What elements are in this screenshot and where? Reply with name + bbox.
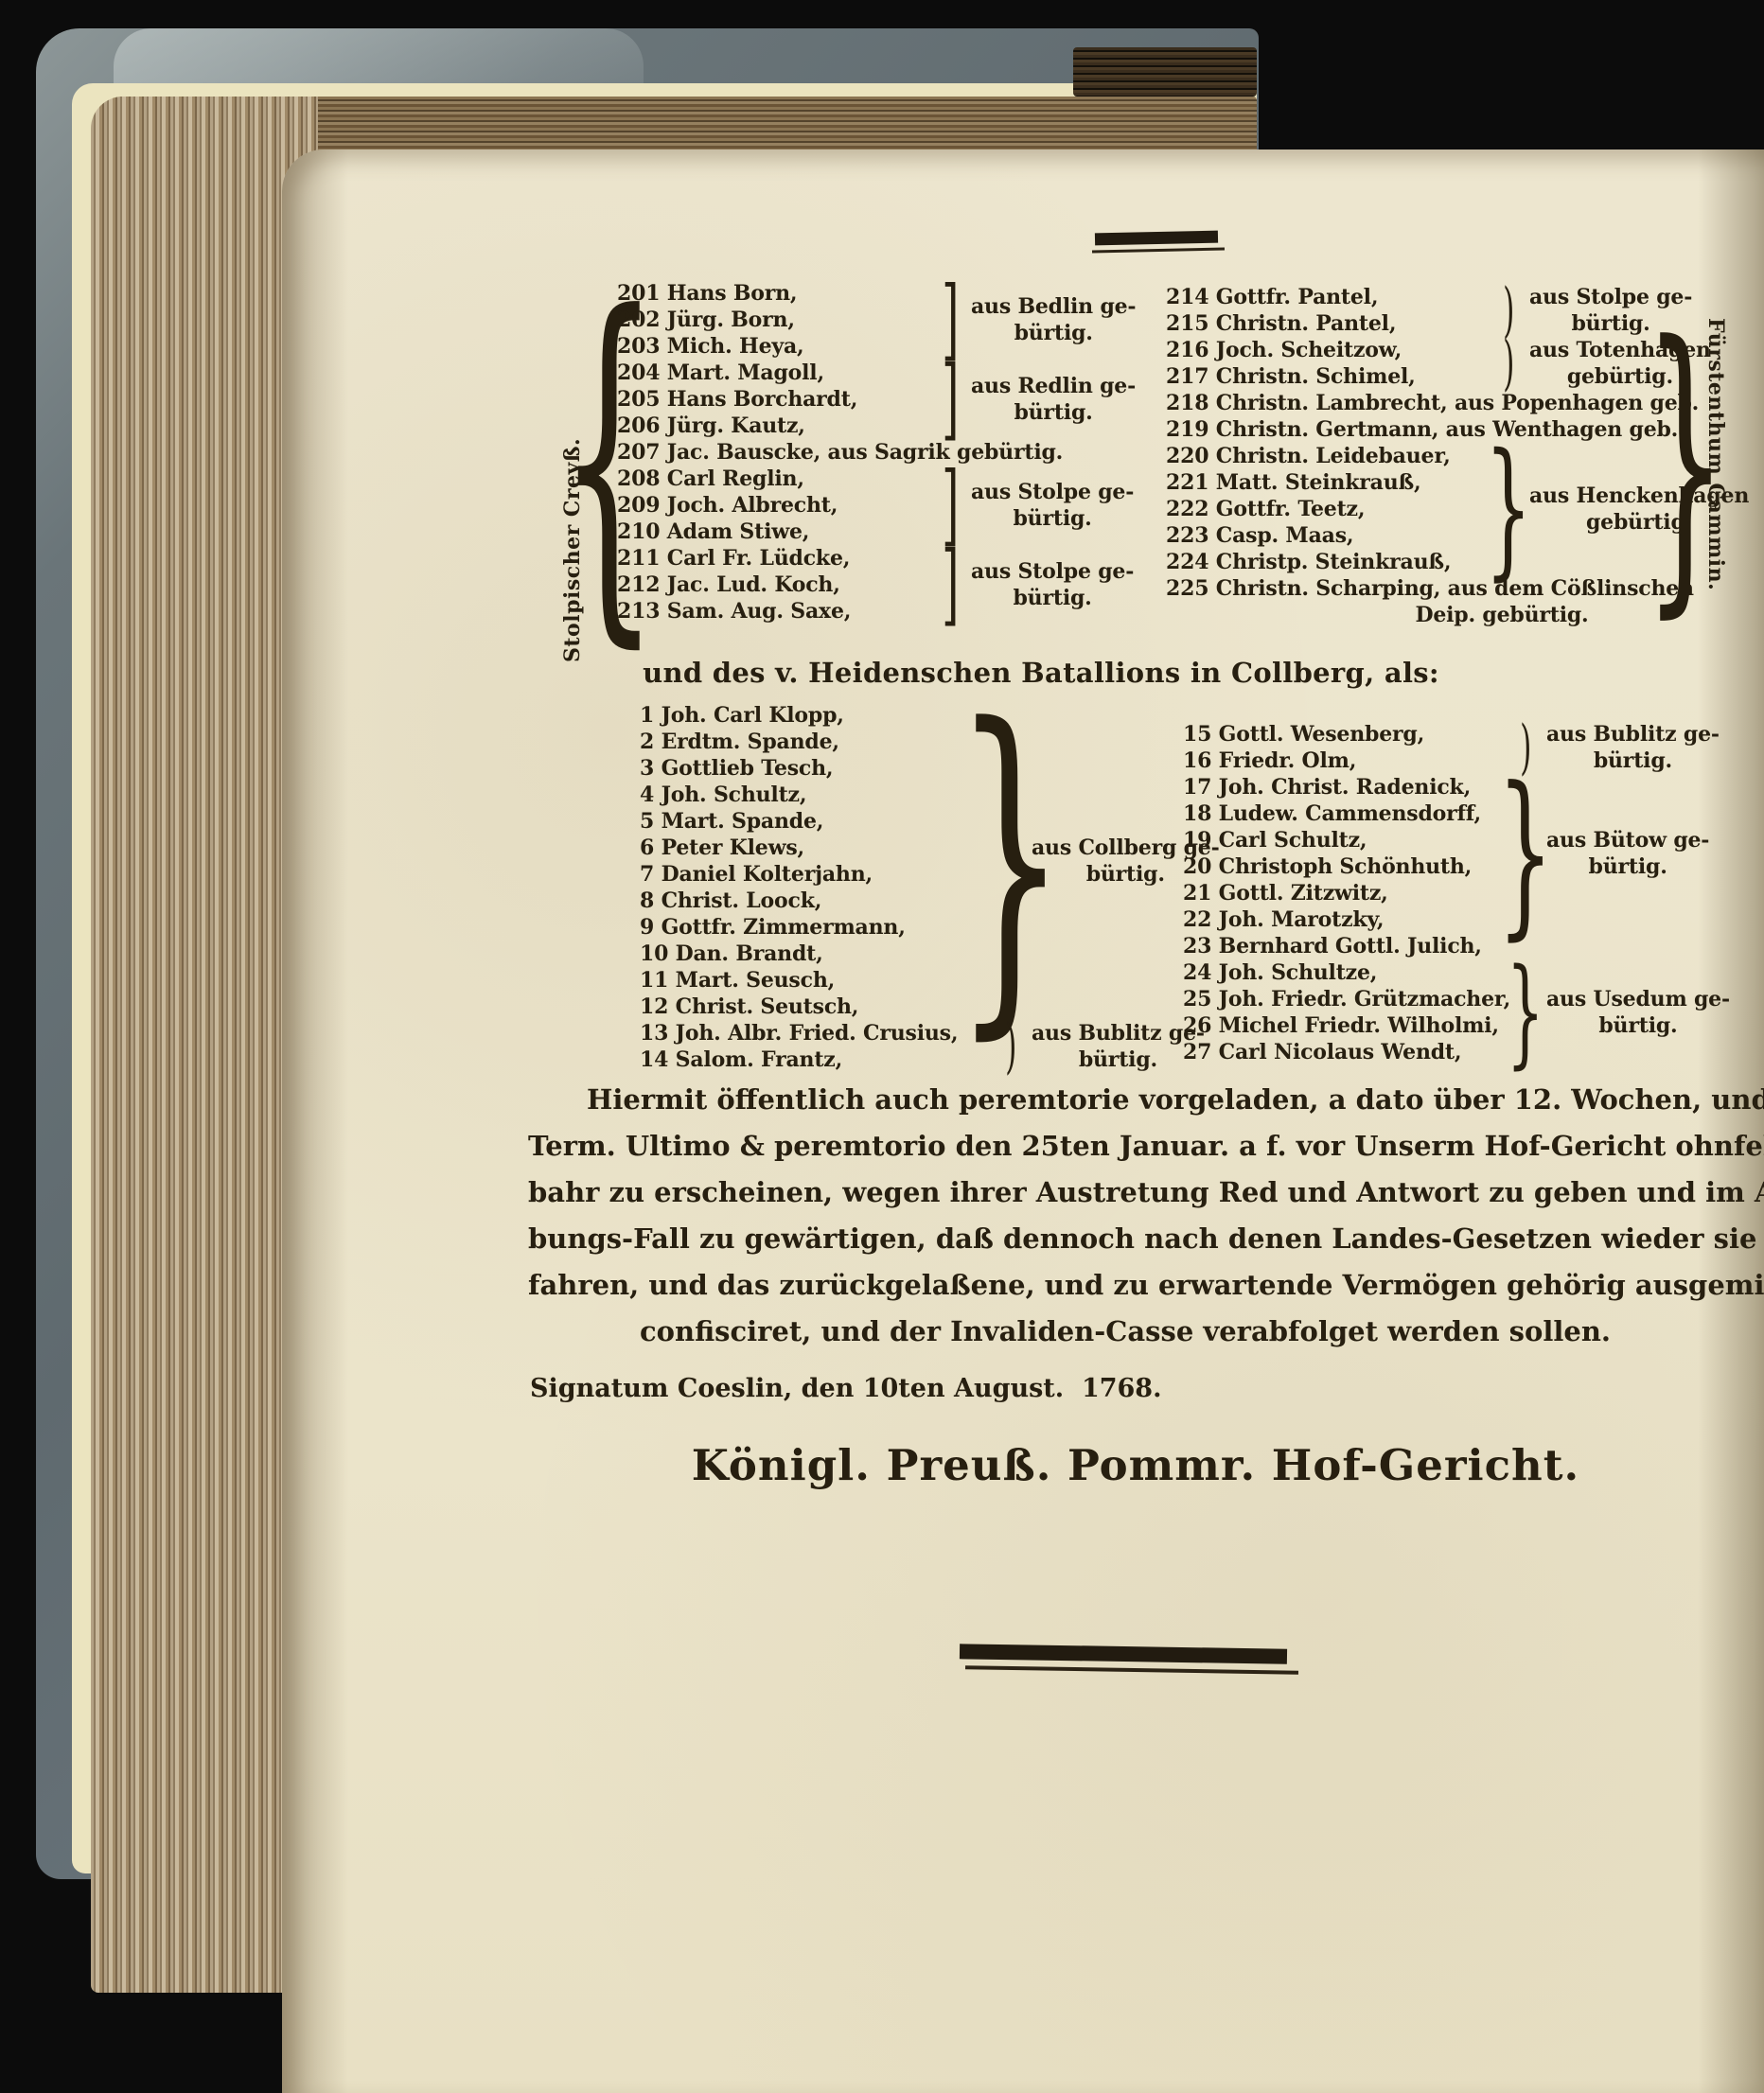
entry-group: 13 Joh. Albr. Fried. Crusius,14 Salom. F… xyxy=(640,1020,1208,1073)
origin-line: bürtig. xyxy=(1546,1012,1730,1039)
list-entry: 21 Gottl. Zitzwitz, xyxy=(1183,880,1505,906)
list-entry: 8 Christ. Loock, xyxy=(640,888,990,914)
list-entry: 216 Joch. Scheitzow, xyxy=(1166,337,1488,363)
list-entry: 13 Joh. Albr. Fried. Crusius, xyxy=(640,1020,990,1046)
list-entry: 217 Christn. Schimel, xyxy=(1166,363,1488,390)
list-entry: 209 Joch. Albrecht, xyxy=(617,492,929,519)
list-entry: 14 Salom. Frantz, xyxy=(640,1046,990,1073)
origin-line: bürtig. xyxy=(971,399,1136,426)
list-column-15-27: 15 Gottl. Wesenberg,16 Friedr. Olm,)aus … xyxy=(1183,721,1751,1065)
list-entry: 11 Mart. Seusch, xyxy=(640,967,990,994)
ornament-rule-top-thin xyxy=(1092,248,1225,254)
court-title: Königl. Preuß. Pommr. Hof-Gericht. xyxy=(625,1440,1647,1490)
paragraph-line: fahren, und das zurückgelaßene, und zu e… xyxy=(528,1262,1722,1309)
list-entry: 202 Jürg. Born, xyxy=(617,307,929,333)
closing-rule-thin xyxy=(965,1665,1298,1675)
entry-group: 201 Hans Born,202 Jürg. Born,203 Mich. H… xyxy=(617,280,1166,360)
origin-note: aus Bütow ge-bürtig. xyxy=(1546,774,1709,933)
entry-names: 216 Joch. Scheitzow,217 Christn. Schimel… xyxy=(1166,337,1488,390)
origin-line: aus Stolpe ge- xyxy=(971,479,1134,505)
list-entry: 17 Joh. Christ. Radenick, xyxy=(1183,774,1505,800)
origin-line: aus Bedlin ge- xyxy=(971,293,1136,320)
signature-line: Signatum Coeslin, den 10ten August. 1768… xyxy=(530,1374,1162,1403)
list-entry: 205 Hans Borchardt, xyxy=(617,386,929,413)
origin-note: aus Redlin ge-bürtig. xyxy=(971,360,1136,439)
list-entry: 206 Jürg. Kautz, xyxy=(617,413,929,439)
list-entry: 210 Adam Stiwe, xyxy=(617,519,929,545)
list-entry: 22 Joh. Marotzky, xyxy=(1183,906,1505,933)
origin-note: aus Bublitz ge-bürtig. xyxy=(1546,721,1720,774)
origin-line: aus Redlin ge- xyxy=(971,373,1136,399)
group-bracket: } xyxy=(1505,959,1546,1065)
list-entry: 2 Erdtm. Spande, xyxy=(640,729,990,755)
list-entry: 19 Carl Schultz, xyxy=(1183,827,1505,853)
list-entry: 20 Christoph Schönhuth, xyxy=(1183,853,1505,880)
group-bracket: ] xyxy=(929,360,971,439)
origin-note: aus Bedlin ge-bürtig. xyxy=(971,280,1136,360)
entry-group: 211 Carl Fr. Lüdcke,212 Jac. Lud. Koch,2… xyxy=(617,545,1166,624)
list-entry: 26 Michel Friedr. Wilholmi, xyxy=(1183,1012,1505,1039)
list-entry: 201 Hans Born, xyxy=(617,280,929,307)
paragraph-line: confisciret, und der Invaliden-Casse ver… xyxy=(528,1309,1722,1355)
list-entry: 16 Friedr. Olm, xyxy=(1183,747,1505,774)
entry-group: 15 Gottl. Wesenberg,16 Friedr. Olm,)aus … xyxy=(1183,721,1751,774)
list-entry: 25 Joh. Friedr. Grützmacher, xyxy=(1183,986,1505,1012)
list-entry: 15 Gottl. Wesenberg, xyxy=(1183,721,1505,747)
origin-line: aus Bütow ge- xyxy=(1546,827,1709,853)
group-bracket: } xyxy=(990,702,1032,1020)
list-entry: 6 Peter Klews, xyxy=(640,835,990,861)
list-entry: 27 Carl Nicolaus Wendt, xyxy=(1183,1039,1505,1065)
entry-names: 214 Gottfr. Pantel,215 Christn. Pantel, xyxy=(1166,284,1488,337)
paragraph-line: Hiermit öffentlich auch peremtorie vorge… xyxy=(528,1077,1722,1123)
group-bracket: } xyxy=(1505,774,1546,933)
entry-group: 204 Mart. Magoll,205 Hans Borchardt,206 … xyxy=(617,360,1166,439)
margin-label-fuerstenthum-cammin: Fürstenthum Cammin. xyxy=(1703,318,1728,630)
list-entry: 221 Matt. Steinkrauß, xyxy=(1166,469,1488,496)
list-entry: 12 Christ. Seutsch, xyxy=(640,994,990,1020)
list-entry: 204 Mart. Magoll, xyxy=(617,360,929,386)
list-entry: 222 Gottfr. Teetz, xyxy=(1166,496,1488,522)
entry-names: 220 Christn. Leidebauer,221 Matt. Steink… xyxy=(1166,443,1488,575)
entry-names: 13 Joh. Albr. Fried. Crusius,14 Salom. F… xyxy=(640,1020,990,1073)
list-entry: 7 Daniel Kolterjahn, xyxy=(640,861,990,888)
paragraph-line: bungs-Fall zu gewärtigen, daß dennoch na… xyxy=(528,1216,1722,1262)
list-entry: 223 Casp. Maas, xyxy=(1166,522,1488,549)
entry-group: 17 Joh. Christ. Radenick,18 Ludew. Camme… xyxy=(1183,774,1751,933)
entry-names: 204 Mart. Magoll,205 Hans Borchardt,206 … xyxy=(617,360,929,439)
list-entry-inline: 23 Bernhard Gottl. Julich, xyxy=(1183,933,1751,959)
origin-line: bürtig. xyxy=(1546,747,1720,774)
list-entry: 1 Joh. Carl Klopp, xyxy=(640,702,990,729)
origin-note: aus Stolpe ge-bürtig. xyxy=(971,466,1134,545)
paragraph-line: Term. Ultimo & peremtorio den 25ten Janu… xyxy=(528,1123,1722,1170)
list-entry-inline: 207 Jac. Bauscke, aus Sagrik gebürtig. xyxy=(617,439,1166,466)
entry-names: 24 Joh. Schultze,25 Joh. Friedr. Grützma… xyxy=(1183,959,1505,1065)
list-entry: 215 Christn. Pantel, xyxy=(1166,310,1488,337)
list-entry: 203 Mich. Heya, xyxy=(617,333,929,360)
list-entry: 213 Sam. Aug. Saxe, xyxy=(617,598,929,624)
origin-line: bürtig. xyxy=(971,320,1136,346)
list-entry: 224 Christp. Steinkrauß, xyxy=(1166,549,1488,575)
list-entry: 24 Joh. Schultze, xyxy=(1183,959,1505,986)
group-bracket: ) xyxy=(1488,337,1529,390)
list-entry: 214 Gottfr. Pantel, xyxy=(1166,284,1488,310)
closing-rule-thick xyxy=(960,1644,1287,1663)
entry-names: 1 Joh. Carl Klopp,2 Erdtm. Spande,3 Gott… xyxy=(640,702,990,1020)
entry-group: 24 Joh. Schultze,25 Joh. Friedr. Grützma… xyxy=(1183,959,1751,1065)
entry-group: 1 Joh. Carl Klopp,2 Erdtm. Spande,3 Gott… xyxy=(640,702,1208,1020)
entry-names: 15 Gottl. Wesenberg,16 Friedr. Olm, xyxy=(1183,721,1505,774)
list-entry: 4 Joh. Schultz, xyxy=(640,782,990,808)
list-entry: 10 Dan. Brandt, xyxy=(640,941,990,967)
origin-line: aus Usedum ge- xyxy=(1546,986,1730,1012)
origin-line: bürtig. xyxy=(1546,853,1709,880)
entry-names: 211 Carl Fr. Lüdcke,212 Jac. Lud. Koch,2… xyxy=(617,545,929,624)
group-bracket: } xyxy=(1488,443,1529,575)
list-entry: 220 Christn. Leidebauer, xyxy=(1166,443,1488,469)
paragraph-line: bahr zu erscheinen, wegen ihrer Austretu… xyxy=(528,1170,1722,1216)
summons-paragraph: Hiermit öffentlich auch peremtorie vorge… xyxy=(528,1077,1722,1355)
list-column-1-14: 1 Joh. Carl Klopp,2 Erdtm. Spande,3 Gott… xyxy=(640,702,1208,1073)
right-group-brace: } xyxy=(1662,312,1709,611)
list-entry: 208 Carl Reglin, xyxy=(617,466,929,492)
entry-names: 208 Carl Reglin,209 Joch. Albrecht,210 A… xyxy=(617,466,929,545)
printed-content: Stolpischer Creyß. { 201 Hans Born,202 J… xyxy=(0,0,1764,2093)
list-entry: 211 Carl Fr. Lüdcke, xyxy=(617,545,929,572)
list-entry: 212 Jac. Lud. Koch, xyxy=(617,572,929,598)
list-entry: 3 Gottlieb Tesch, xyxy=(640,755,990,782)
origin-line: bürtig. xyxy=(971,585,1134,611)
list-entry: 9 Gottfr. Zimmermann, xyxy=(640,914,990,941)
origin-line: bürtig. xyxy=(971,505,1134,532)
list-column-201-213: 201 Hans Born,202 Jürg. Born,203 Mich. H… xyxy=(617,280,1166,624)
list-entry: 5 Mart. Spande, xyxy=(640,808,990,835)
origin-note: aus Stolpe ge-bürtig. xyxy=(971,545,1134,624)
entry-group: 208 Carl Reglin,209 Joch. Albrecht,210 A… xyxy=(617,466,1166,545)
ornament-rule-top-thick xyxy=(1095,231,1218,246)
entry-names: 201 Hans Born,202 Jürg. Born,203 Mich. H… xyxy=(617,280,929,360)
list-entry: 18 Ludew. Cammensdorff, xyxy=(1183,800,1505,827)
entry-names: 17 Joh. Christ. Radenick,18 Ludew. Camme… xyxy=(1183,774,1505,933)
origin-line: aus Bublitz ge- xyxy=(1546,721,1720,747)
group-bracket: ] xyxy=(929,545,971,624)
origin-line: aus Stolpe ge- xyxy=(971,558,1134,585)
origin-note: aus Usedum ge-bürtig. xyxy=(1546,959,1730,1065)
